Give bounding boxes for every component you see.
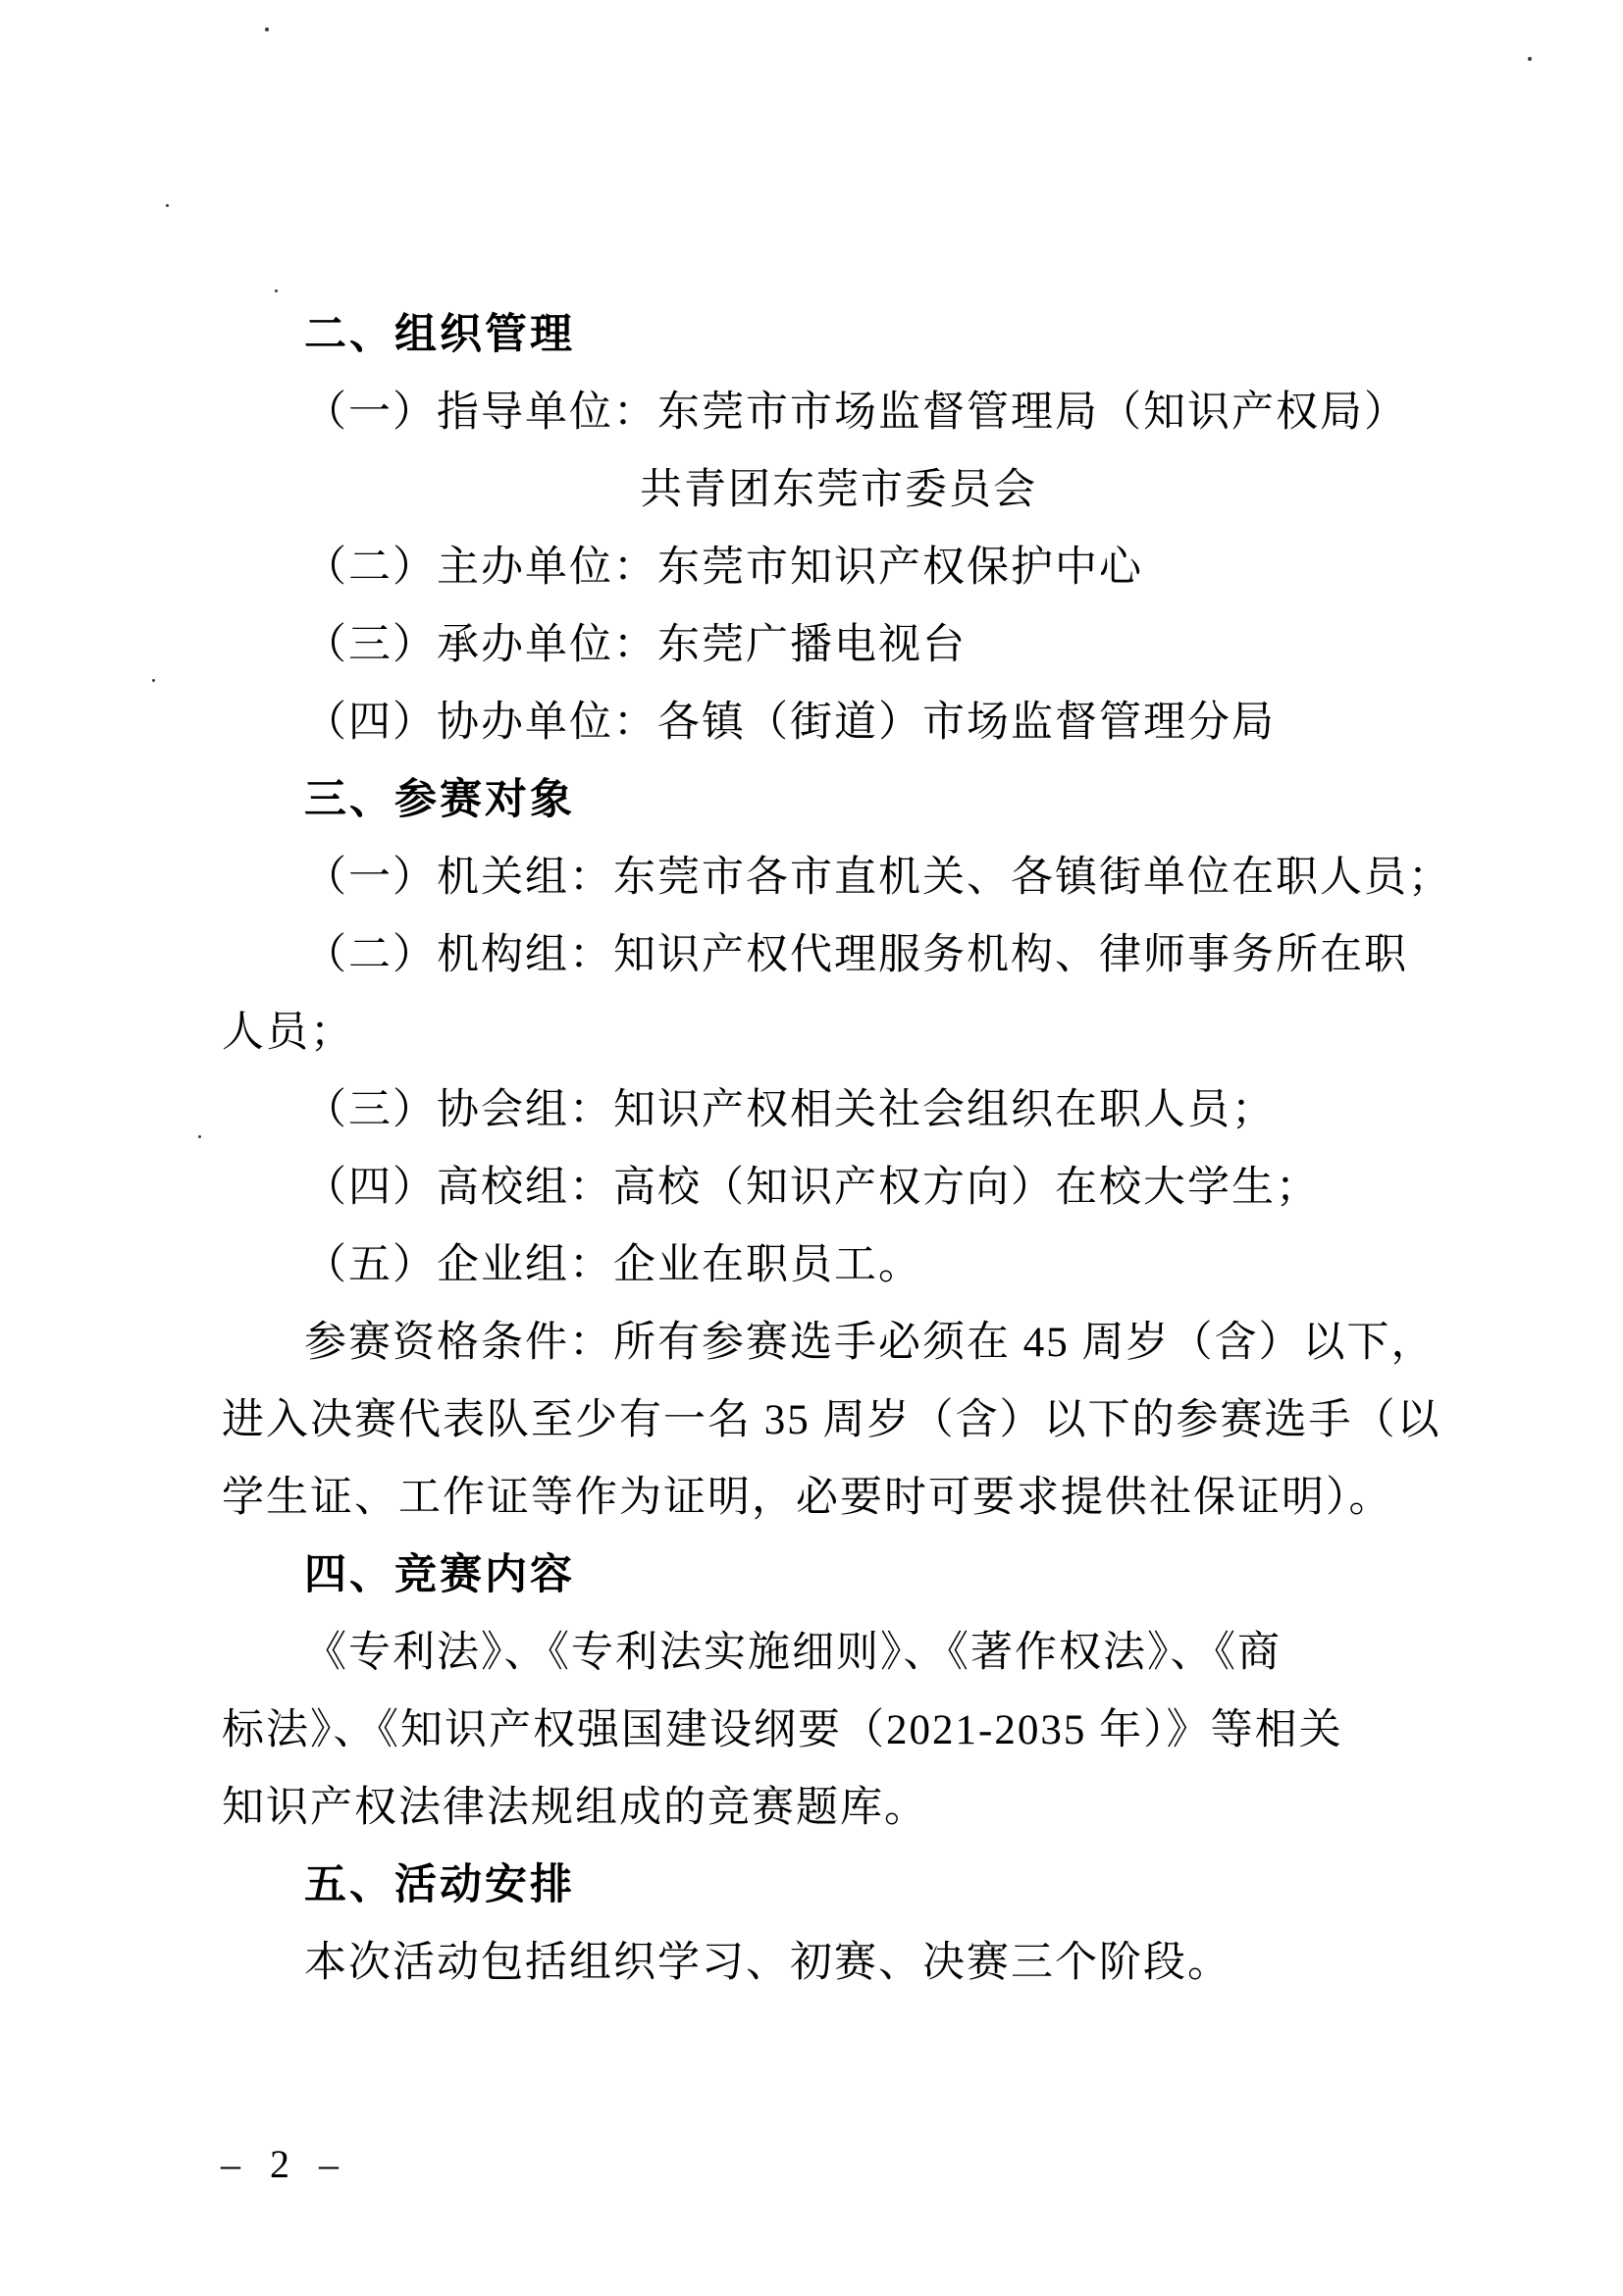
- line-group-university: （四）高校组：高校（知识产权方向）在校大学生；: [222, 1149, 1488, 1226]
- scan-speck: [265, 27, 269, 31]
- document-body: 二、组织管理 （一）指导单位：东莞市市场监督管理局（知识产权局） 共青团东莞市委…: [222, 296, 1488, 2002]
- scan-speck: [275, 289, 278, 292]
- page-footer-number: – 2 –: [221, 2145, 348, 2184]
- scan-speck: [152, 679, 155, 682]
- line-guidance-unit: （一）指导单位：东莞市市场监督管理局（知识产权局）: [222, 374, 1488, 451]
- line-content-laws-1: 《专利法》、《专利法实施细则》、《著作权法》、《商: [222, 1614, 1488, 1692]
- line-group-institution-cont: 人员；: [222, 994, 1488, 1071]
- line-content-laws-2: 标法》、《知识产权强国建设纲要（2021-2035 年）》等相关: [222, 1692, 1488, 1769]
- document-page: 二、组织管理 （一）指导单位：东莞市市场监督管理局（知识产权局） 共青团东莞市委…: [0, 0, 1623, 2296]
- section-heading-competition-content: 四、竞赛内容: [222, 1537, 1488, 1614]
- section-heading-organization-management: 二、组织管理: [222, 296, 1488, 374]
- line-activity-stages: 本次活动包括组织学习、初赛、决赛三个阶段。: [222, 1924, 1488, 2002]
- line-group-institution: （二）机构组：知识产权代理服务机构、律师事务所在职: [222, 916, 1488, 994]
- line-group-agency: （一）机关组：东莞市各市直机关、各镇街单位在职人员；: [222, 839, 1488, 916]
- section-heading-activity-arrangement: 五、活动安排: [222, 1847, 1488, 1924]
- line-eligibility-3: 学生证、工作证等作为证明，必要时可要求提供社保证明）。: [222, 1459, 1488, 1537]
- line-organizer-unit: （三）承办单位：东莞广播电视台: [222, 606, 1488, 684]
- line-co-organizer-unit: （四）协办单位：各镇（街道）市场监督管理分局: [222, 684, 1488, 761]
- scan-speck: [198, 1135, 201, 1138]
- line-eligibility-2: 进入决赛代表队至少有一名 35 周岁（含）以下的参赛选手（以: [222, 1382, 1488, 1459]
- line-eligibility-1: 参赛资格条件：所有参赛选手必须在 45 周岁（含）以下，: [222, 1304, 1488, 1382]
- scan-speck: [1528, 57, 1532, 61]
- line-group-enterprise: （五）企业组：企业在职员工。: [222, 1226, 1488, 1304]
- line-group-association: （三）协会组：知识产权相关社会组织在职人员；: [222, 1071, 1488, 1149]
- line-content-laws-3: 知识产权法律法规组成的竞赛题库。: [222, 1769, 1488, 1847]
- scan-speck: [166, 204, 169, 207]
- line-host-unit: （二）主办单位：东莞市知识产权保护中心: [222, 529, 1488, 606]
- line-guidance-unit-cont: 共青团东莞市委员会: [222, 451, 1488, 529]
- section-heading-participants: 三、参赛对象: [222, 761, 1488, 839]
